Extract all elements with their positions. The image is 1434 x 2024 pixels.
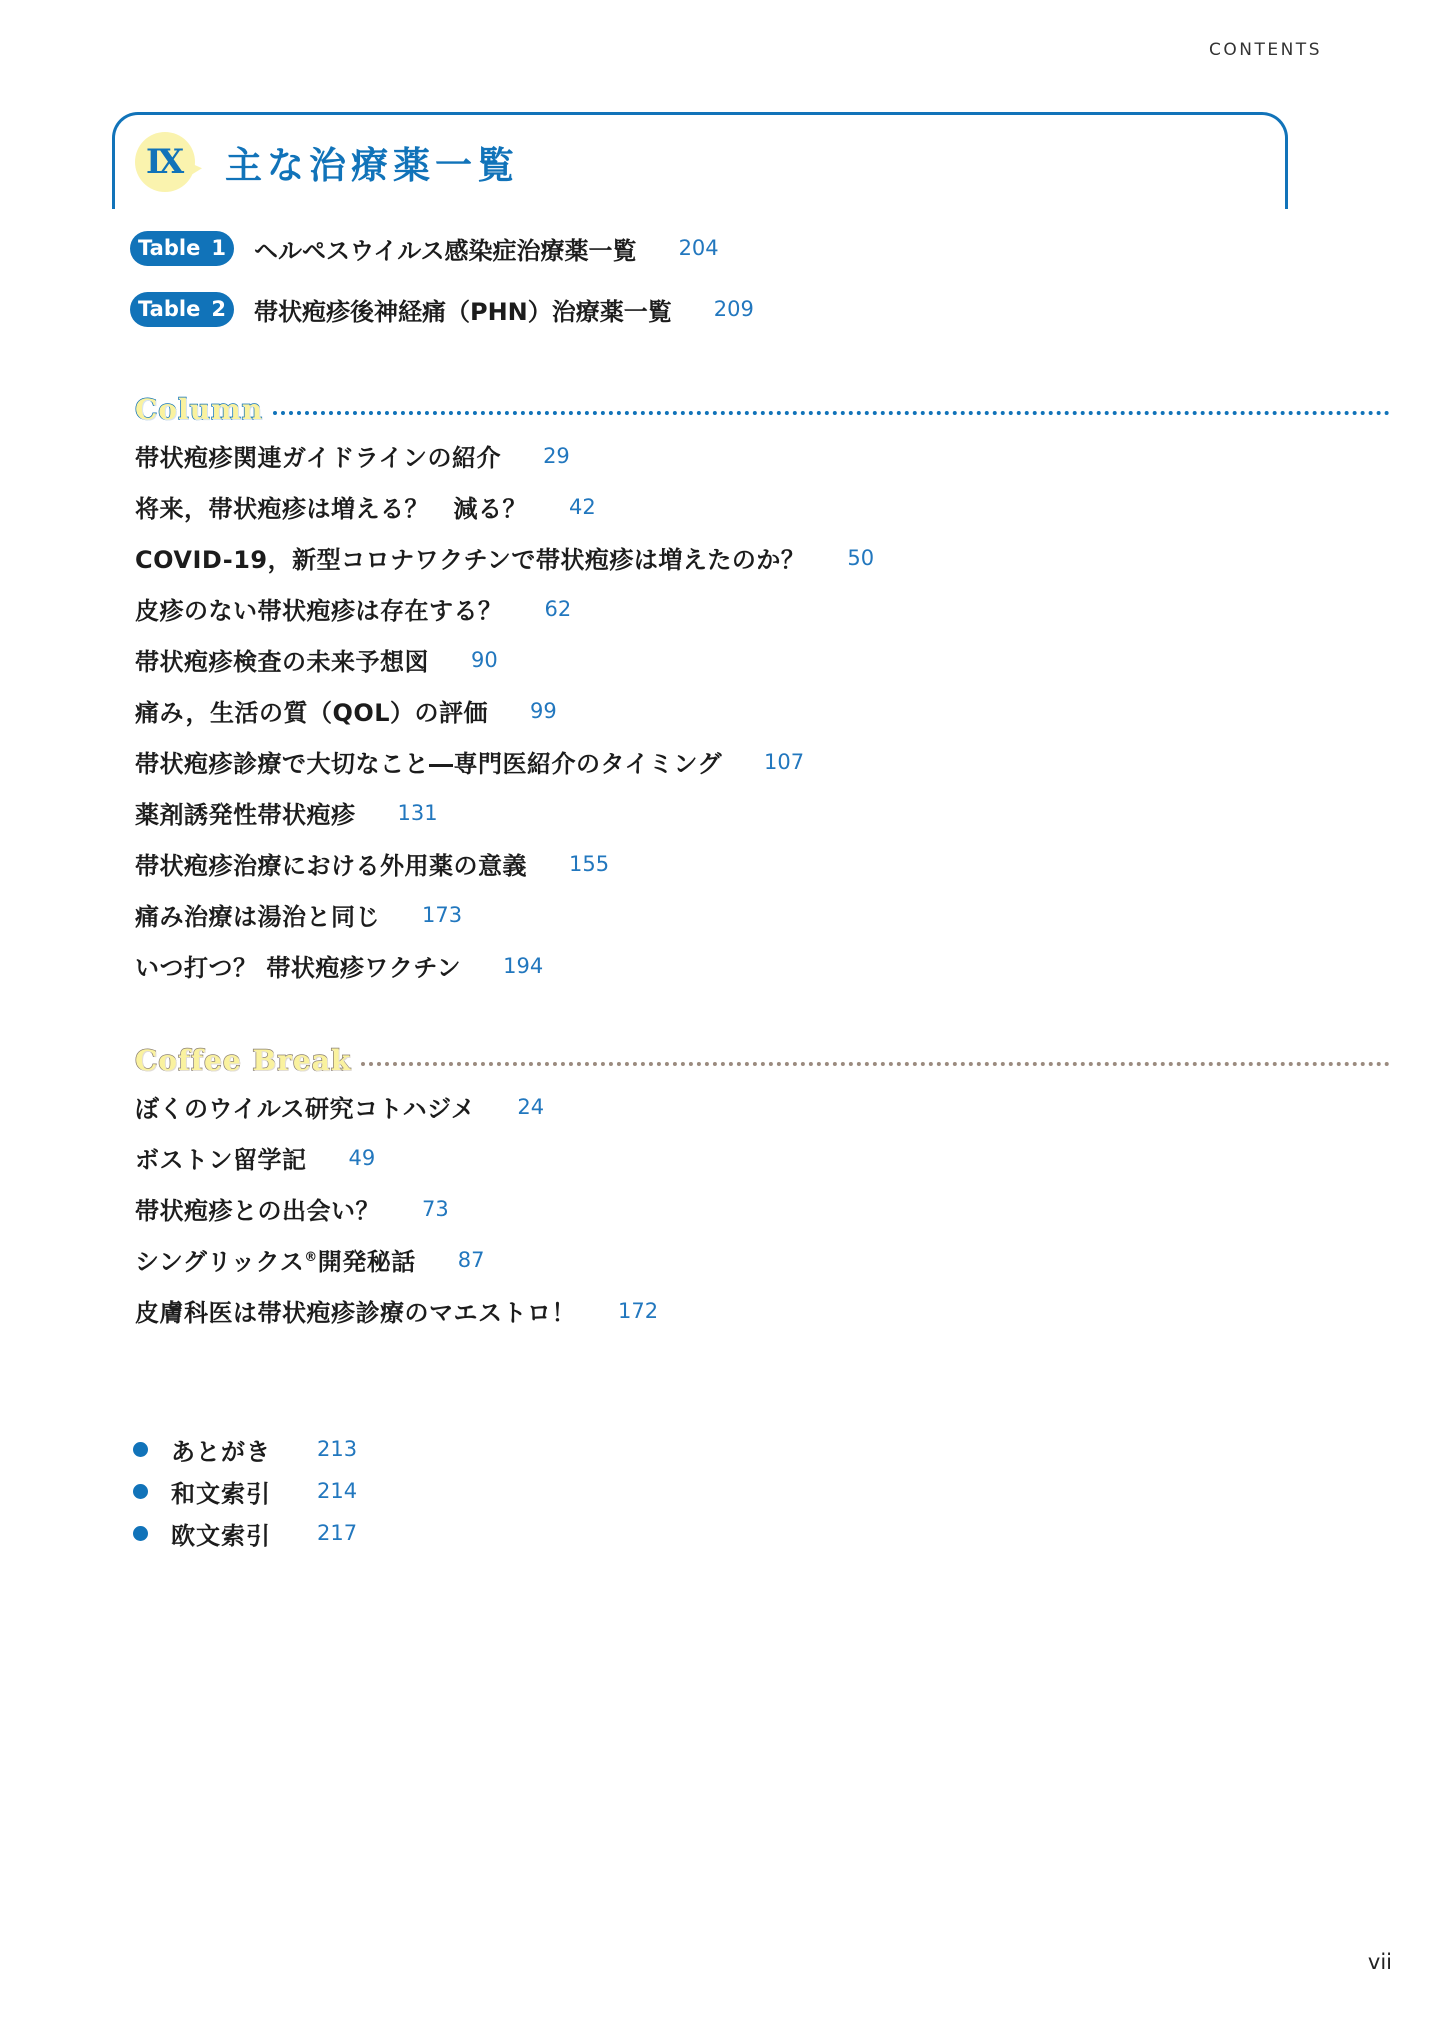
back-matter-title: 欧文索引 — [171, 1516, 271, 1551]
chapter-header: Ⅸ 主な治療薬一覧 — [112, 112, 1288, 209]
coffee-break-section: Coffee Break ぼくのウイルス研究コトハジメ 24 ボストン留学記 4… — [135, 1039, 1390, 1336]
bullet-icon — [133, 1484, 148, 1499]
column-list: 帯状疱疹関連ガイドラインの紹介 29 将来，帯状疱疹は増える？ 減る？ 42 C… — [135, 430, 1390, 991]
column-heading: Column — [135, 396, 263, 424]
table-row: Table 2 帯状疱疹後神経痛（PHN）治療薬一覧 209 — [130, 289, 1390, 329]
page-number: 173 — [422, 903, 462, 927]
toc-item: 帯状疱疹検査の未来予想図 90 — [135, 634, 1390, 685]
toc-item-title: 帯状疱疹との出会い？ — [135, 1191, 380, 1226]
page-number: 50 — [847, 546, 874, 570]
bullet-icon — [133, 1526, 148, 1541]
page-number: 87 — [458, 1248, 485, 1272]
page-number: 73 — [422, 1197, 449, 1221]
toc-item-title: 薬剤誘発性帯状疱疹 — [135, 795, 356, 830]
page-number: 209 — [714, 297, 754, 321]
toc-item-title: 帯状疱疹検査の未来予想図 — [135, 642, 429, 677]
page-number: 214 — [317, 1479, 357, 1503]
column-section: Column 帯状疱疹関連ガイドラインの紹介 29 将来，帯状疱疹は増える？ 減… — [135, 388, 1390, 991]
toc-item-title-pre: シングリックス — [135, 1248, 304, 1276]
toc-item: いつ打つ？ 帯状疱疹ワクチン 194 — [135, 940, 1390, 991]
table-badge: Table 2 — [130, 292, 234, 327]
toc-item: 帯状疱疹診療で大切なこと―専門医紹介のタイミング 107 — [135, 736, 1390, 787]
chapter-numeral-bubble: Ⅸ — [135, 132, 195, 192]
page-number: 62 — [545, 597, 572, 621]
toc-item: 薬剤誘発性帯状疱疹 131 — [135, 787, 1390, 838]
coffee-break-heading-row: Coffee Break — [135, 1039, 1390, 1075]
toc-item-title: ボストン留学記 — [135, 1140, 307, 1175]
running-head: CONTENTS — [1209, 40, 1322, 60]
page-number: 90 — [471, 648, 498, 672]
page-number: 107 — [764, 750, 804, 774]
back-matter-section: あとがき 213 和文索引 214 欧文索引 217 — [133, 1428, 733, 1554]
toc-item-title: 帯状疱疹関連ガイドラインの紹介 — [135, 438, 501, 473]
toc-item: 将来，帯状疱疹は増える？ 減る？ 42 — [135, 481, 1390, 532]
toc-item-title: 痛み治療は湯治と同じ — [135, 897, 380, 932]
toc-item-title: 帯状疱疹治療における外用薬の意義 — [135, 846, 527, 881]
column-heading-row: Column — [135, 388, 1390, 424]
registered-mark: ® — [304, 1250, 318, 1265]
back-matter-row: 和文索引 214 — [133, 1470, 733, 1512]
back-matter-title: 和文索引 — [171, 1474, 271, 1509]
toc-item-title: 痛み，生活の質（QOL）の評価 — [135, 693, 488, 728]
table-title: 帯状疱疹後神経痛（PHN）治療薬一覧 — [254, 292, 672, 327]
toc-item-title: 皮膚科医は帯状疱疹診療のマエストロ！ — [135, 1293, 576, 1328]
page-number: 172 — [618, 1299, 658, 1323]
page-number: 213 — [317, 1437, 357, 1461]
table-row: Table 1 ヘルペスウイルス感染症治療薬一覧 204 — [130, 228, 1390, 268]
back-matter-row: あとがき 213 — [133, 1428, 733, 1470]
bullet-icon — [133, 1442, 148, 1457]
toc-item-title: 帯状疱疹診療で大切なこと―専門医紹介のタイミング — [135, 744, 722, 779]
page-number: 194 — [503, 954, 543, 978]
table-badge: Table 1 — [130, 231, 234, 266]
table-badge-num: 2 — [211, 297, 226, 321]
dotted-rule — [361, 1062, 1390, 1066]
dotted-rule — [273, 411, 1390, 415]
coffee-break-list: ぼくのウイルス研究コトハジメ 24 ボストン留学記 49 帯状疱疹との出会い？ … — [135, 1081, 1390, 1336]
page-number: 24 — [517, 1095, 544, 1119]
folio-page-number: vii — [1368, 1950, 1392, 1974]
page-number: 42 — [569, 495, 596, 519]
page-number: 99 — [530, 699, 557, 723]
toc-item: 帯状疱疹治療における外用薬の意義 155 — [135, 838, 1390, 889]
toc-item: COVID-19，新型コロナワクチンで帯状疱疹は増えたのか？ 50 — [135, 532, 1390, 583]
toc-item-title: 皮疹のない帯状疱疹は存在する？ — [135, 591, 503, 626]
toc-item: 帯状疱疹との出会い？ 73 — [135, 1183, 1390, 1234]
toc-item: ボストン留学記 49 — [135, 1132, 1390, 1183]
chapter-numeral: Ⅸ — [146, 142, 184, 182]
tables-section: Table 1 ヘルペスウイルス感染症治療薬一覧 204 Table 2 帯状疱… — [130, 228, 1390, 350]
toc-item: 皮疹のない帯状疱疹は存在する？ 62 — [135, 583, 1390, 634]
chapter-title: 主な治療薬一覧 — [225, 135, 519, 189]
back-matter-title: あとがき — [171, 1432, 271, 1467]
toc-item: 痛み，生活の質（QOL）の評価 99 — [135, 685, 1390, 736]
table-badge-word: Table — [138, 297, 200, 321]
toc-item-title-post: 開発秘話 — [318, 1248, 416, 1276]
toc-item: シングリックス®開発秘話 87 — [135, 1234, 1390, 1285]
toc-item-title: ぼくのウイルス研究コトハジメ — [135, 1089, 475, 1124]
table-title: ヘルペスウイルス感染症治療薬一覧 — [254, 231, 637, 266]
page-number: 204 — [679, 236, 719, 260]
toc-item: 帯状疱疹関連ガイドラインの紹介 29 — [135, 430, 1390, 481]
coffee-break-heading: Coffee Break — [135, 1047, 351, 1075]
page-number: 29 — [543, 444, 570, 468]
toc-page: CONTENTS Ⅸ 主な治療薬一覧 Table 1 ヘルペスウイルス感染症治療… — [0, 0, 1434, 2024]
toc-item: 痛み治療は湯治と同じ 173 — [135, 889, 1390, 940]
toc-item-title: 将来，帯状疱疹は増える？ 減る？ — [135, 489, 527, 524]
table-badge-num: 1 — [211, 236, 226, 260]
toc-item-title: シングリックス®開発秘話 — [135, 1242, 416, 1277]
table-badge-word: Table — [138, 236, 200, 260]
page-number: 49 — [349, 1146, 376, 1170]
toc-item: ぼくのウイルス研究コトハジメ 24 — [135, 1081, 1390, 1132]
back-matter-row: 欧文索引 217 — [133, 1512, 733, 1554]
toc-item: 皮膚科医は帯状疱疹診療のマエストロ！ 172 — [135, 1285, 1390, 1336]
page-number: 131 — [398, 801, 438, 825]
page-number: 217 — [317, 1521, 357, 1545]
page-number: 155 — [569, 852, 609, 876]
toc-item-title: COVID-19，新型コロナワクチンで帯状疱疹は増えたのか？ — [135, 540, 805, 575]
toc-item-title: いつ打つ？ 帯状疱疹ワクチン — [135, 948, 461, 983]
